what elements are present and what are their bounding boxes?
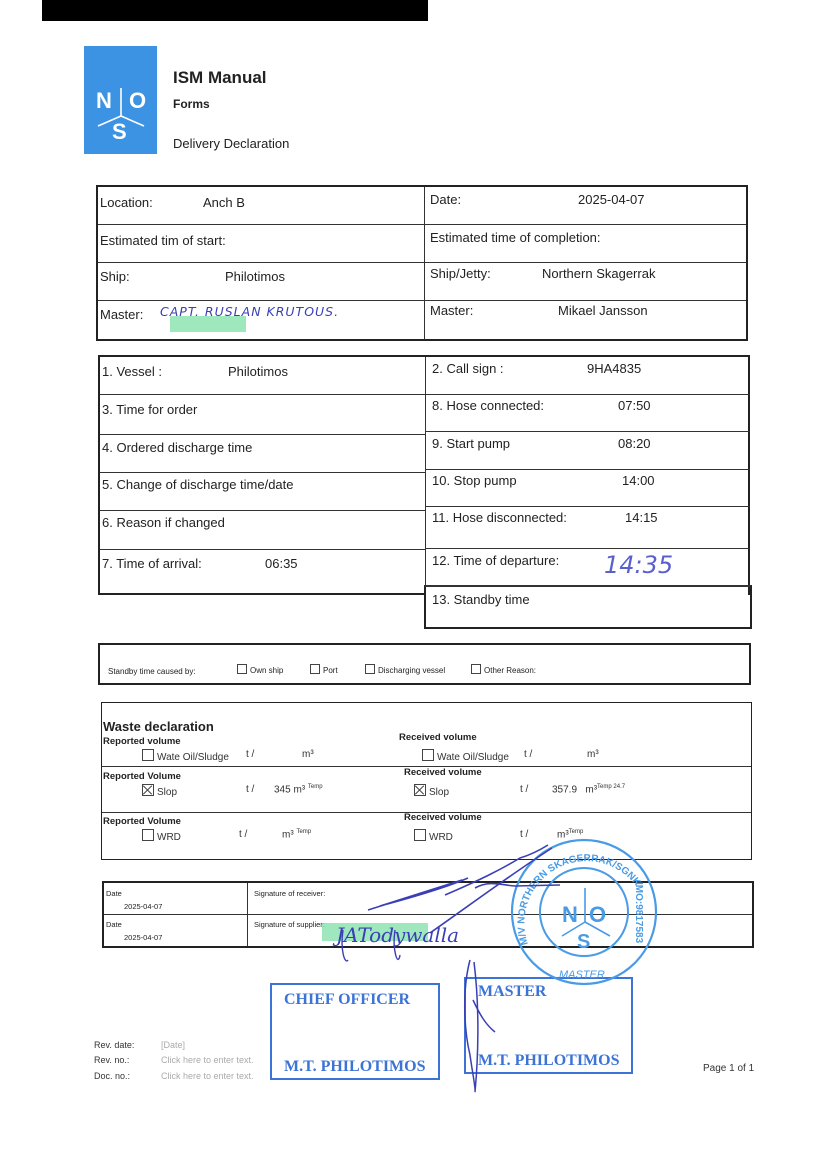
checkbox-icon[interactable] bbox=[414, 784, 426, 796]
date-value: 2025-04-07 bbox=[578, 192, 645, 207]
standby-option-checkbox[interactable]: Discharging vessel bbox=[365, 664, 445, 675]
received-cubic-field[interactable]: 357.9 m³Temp 24.7 bbox=[552, 784, 625, 795]
ship-value: Philotimos bbox=[225, 269, 285, 284]
checkbox-icon[interactable] bbox=[422, 749, 434, 761]
signature-date-field[interactable]: Date 2025-04-07 bbox=[106, 889, 244, 913]
rev-no-placeholder[interactable]: Click here to enter text. bbox=[161, 1055, 254, 1065]
reported-item-checkbox[interactable]: WRD bbox=[142, 829, 181, 843]
reported-item-checkbox[interactable]: Wate Oil/Sludge bbox=[142, 749, 229, 763]
checkbox-icon[interactable] bbox=[365, 664, 375, 674]
checkbox-icon[interactable] bbox=[142, 784, 154, 796]
jetty-value: Northern Skagerrak bbox=[542, 266, 655, 281]
reported-item-checkbox[interactable]: Slop bbox=[142, 784, 177, 798]
reported-cubic-field[interactable]: 345 m³ Temp bbox=[274, 784, 323, 795]
received-tonnes-field[interactable]: t / bbox=[520, 829, 528, 840]
checkbox-icon[interactable] bbox=[310, 664, 320, 674]
standby-option-checkbox[interactable]: Other Reason: bbox=[471, 664, 536, 675]
reported-cubic-field[interactable]: m³ Temp bbox=[282, 829, 311, 840]
svg-text:S: S bbox=[112, 119, 127, 144]
operation-value: 14:15 bbox=[625, 510, 658, 525]
doc-no-placeholder[interactable]: Click here to enter text. bbox=[161, 1071, 254, 1081]
signature-date-value: 2025-04-07 bbox=[124, 902, 244, 911]
signature-date-value: 2025-04-07 bbox=[124, 933, 244, 942]
rev-date-placeholder[interactable]: [Date] bbox=[161, 1040, 185, 1050]
operation-value: 9HA4835 bbox=[587, 361, 641, 376]
reported-tonnes-field[interactable]: t / bbox=[246, 784, 254, 795]
signature-table: Date 2025-04-07Signature of receiver:Dat… bbox=[102, 881, 754, 948]
operation-value: 07:50 bbox=[618, 398, 651, 413]
reported-volume-heading: Reported Volume bbox=[103, 816, 181, 827]
standby-option-checkbox[interactable]: Port bbox=[310, 664, 338, 675]
manual-title: ISM Manual bbox=[173, 68, 267, 88]
svg-text:O: O bbox=[129, 88, 146, 113]
nos-logo: N O S bbox=[84, 46, 157, 154]
operation-value: 14:00 bbox=[622, 473, 655, 488]
operation-value: Philotimos bbox=[228, 364, 288, 379]
received-volume-heading: Received volume bbox=[404, 767, 482, 778]
received-item-checkbox[interactable]: WRD bbox=[414, 829, 453, 843]
checkbox-icon[interactable] bbox=[471, 664, 481, 674]
form-name: Delivery Declaration bbox=[173, 136, 289, 151]
reported-volume-heading: Reported volume bbox=[103, 736, 181, 747]
received-volume-heading: Received volume bbox=[399, 732, 477, 743]
received-volume-heading: Received volume bbox=[404, 812, 482, 823]
received-tonnes-field[interactable]: t / bbox=[524, 749, 532, 760]
checkbox-icon[interactable] bbox=[414, 829, 426, 841]
received-tonnes-field[interactable]: t / bbox=[520, 784, 528, 795]
svg-text:N: N bbox=[96, 88, 112, 113]
checkbox-icon[interactable] bbox=[142, 749, 154, 761]
checkbox-icon[interactable] bbox=[142, 829, 154, 841]
reported-tonnes-field[interactable]: t / bbox=[246, 749, 254, 760]
location-value: Anch B bbox=[203, 195, 245, 210]
highlighter-mark bbox=[170, 316, 246, 332]
received-item-checkbox[interactable]: Slop bbox=[414, 784, 449, 798]
checkbox-icon[interactable] bbox=[237, 664, 247, 674]
reported-tonnes-field[interactable]: t / bbox=[239, 829, 247, 840]
received-cubic-field[interactable]: m³Temp bbox=[557, 829, 583, 840]
received-cubic-field[interactable]: m³ bbox=[587, 749, 599, 760]
nos-logo-icon: N O S bbox=[84, 46, 157, 154]
redaction-bar bbox=[42, 0, 428, 21]
standby-option-checkbox[interactable]: Own ship bbox=[237, 664, 283, 675]
footer-doc-no: Doc. no.: Click here to enter text. bbox=[94, 1071, 130, 1081]
reported-volume-heading: Reported Volume bbox=[103, 771, 181, 782]
received-item-checkbox[interactable]: Wate Oil/Sludge bbox=[422, 749, 509, 763]
standby-label: Standby time caused by: bbox=[108, 667, 196, 676]
receiver-signature-field[interactable]: Signature of receiver: bbox=[254, 889, 325, 898]
master-stamp: MASTER M.T. PHILOTIMOS bbox=[464, 977, 633, 1074]
manual-subtitle: Forms bbox=[173, 97, 210, 111]
signature-date-field[interactable]: Date 2025-04-07 bbox=[106, 920, 244, 944]
operation-value: 08:20 bbox=[618, 436, 651, 451]
footer-rev-no: Rev. no.: Click here to enter text. bbox=[94, 1055, 129, 1065]
page-number: Page 1 of 1 bbox=[703, 1063, 754, 1074]
master-jetty-value: Mikael Jansson bbox=[558, 303, 648, 318]
standby-cause-box: Standby time caused by: Own shipPortDisc… bbox=[98, 643, 751, 685]
waste-declaration-table: Waste declaration Reported volumeReceive… bbox=[101, 702, 752, 860]
waste-title: Waste declaration bbox=[103, 719, 214, 734]
reported-cubic-field[interactable]: m³ bbox=[302, 749, 314, 760]
supplier-signature-field[interactable]: Signature of supplier: bbox=[254, 920, 325, 929]
operation-value: 06:35 bbox=[265, 556, 298, 571]
footer-rev-date: Rev. date: [Date] bbox=[94, 1040, 134, 1050]
highlighter-mark bbox=[322, 923, 428, 941]
chief-officer-stamp: CHIEF OFFICER M.T. PHILOTIMOS bbox=[270, 983, 440, 1080]
